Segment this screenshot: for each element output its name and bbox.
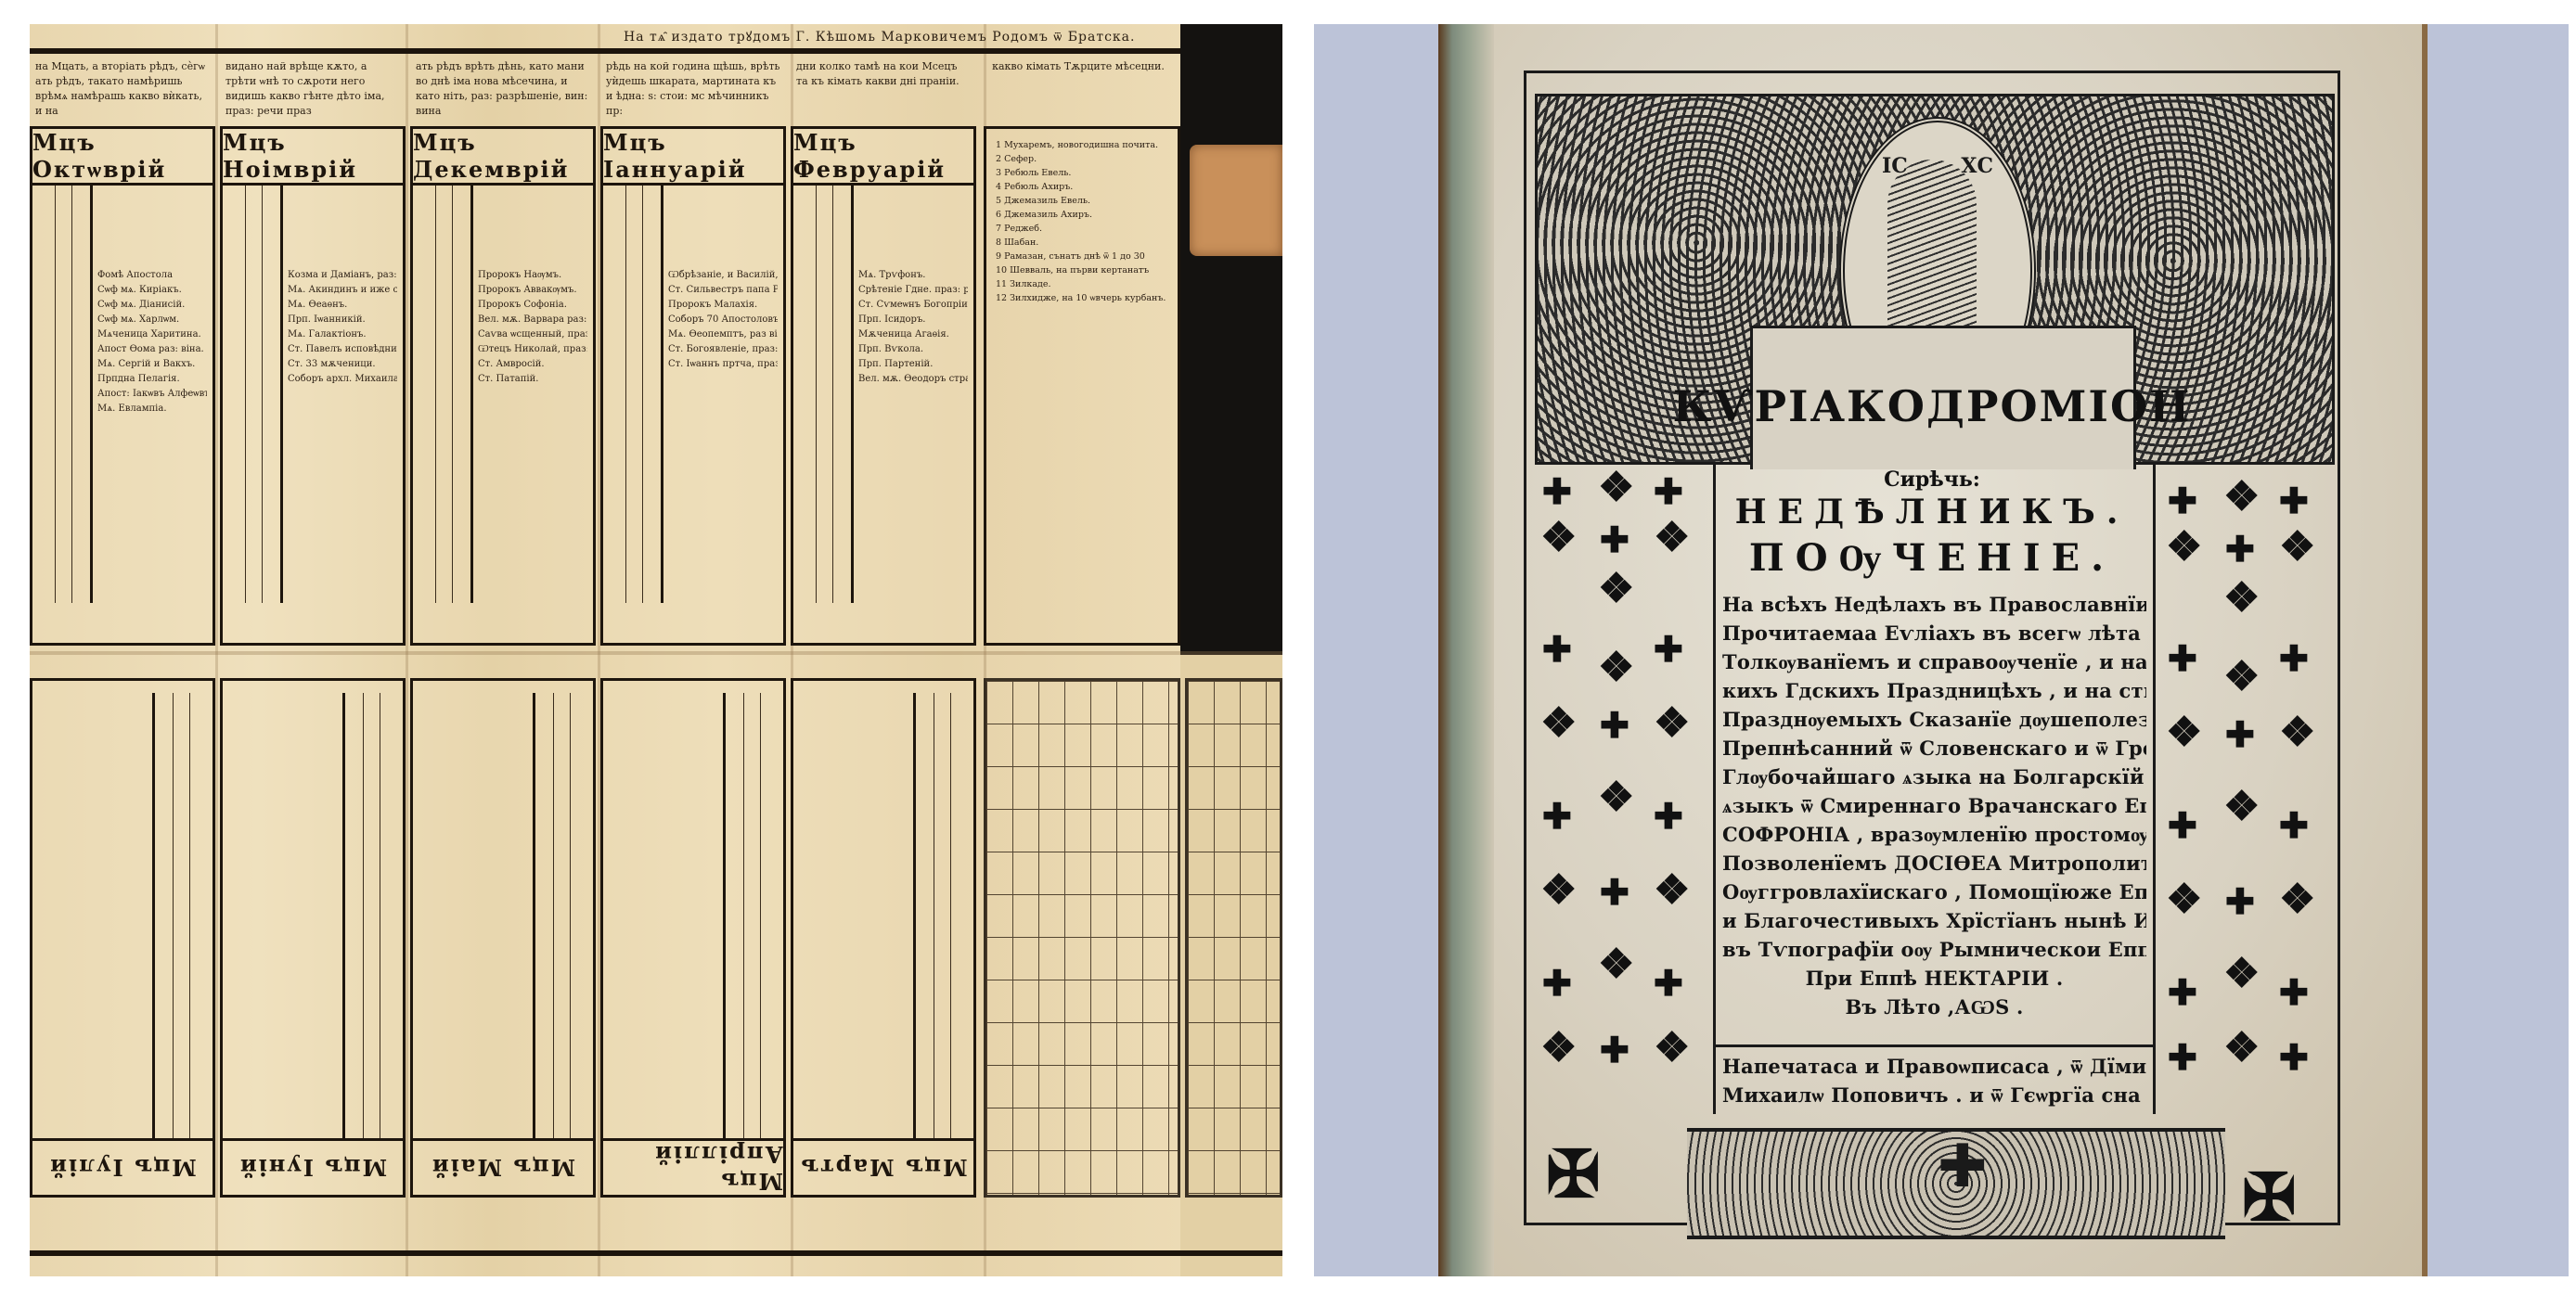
cross-ornament-icon: ✚ xyxy=(2168,1040,2197,1075)
printers-rule xyxy=(1713,1044,2156,1047)
knot-ornament-icon: ❖ xyxy=(1598,780,1634,815)
cross-ornament-icon: ✚ xyxy=(1600,1032,1629,1068)
quad-cross-ornament-icon: ✠ xyxy=(1546,1142,1601,1207)
cross-ornament-icon: ✚ xyxy=(2225,717,2255,752)
intro-text: видано най врѣще кѫто, а трѣти ѡнѣ то сѫ… xyxy=(220,56,406,125)
cross-ornament-icon: ✚ xyxy=(2279,483,2309,519)
month-title: Мцъ Мартъ xyxy=(793,1138,973,1195)
cross-ornament-icon: ✚ xyxy=(2279,1040,2309,1075)
knot-ornament-icon: ❖ xyxy=(2166,882,2202,917)
calendar-photo: На тѧ̑ издато трꙋдомъ Г. Кѣшомь Маркович… xyxy=(30,24,1282,1276)
cross-ornament-icon: ✚ xyxy=(2168,641,2197,676)
bottom-rule xyxy=(30,1250,1282,1256)
quad-cross-ornament-icon: ✠ xyxy=(2242,1165,2297,1230)
month-june: Мцъ Іуній xyxy=(220,678,406,1198)
month-october: Мцъ Октѡврій Фомѣ АпостолаСѡф мѧ. Киріак… xyxy=(30,126,215,646)
knot-ornament-icon: ❖ xyxy=(2223,581,2260,616)
right-ornament-column: ✚ ❖ ✚ ❖ ✚ ❖ ❖ ✚ ✚ ❖ ❖ ✚ ❖ ✚ ❖ ✚ ❖ ✚ ❖ ✚ … xyxy=(2158,465,2335,1114)
knot-ornament-icon: ❖ xyxy=(1598,650,1634,686)
cross-ornament-icon: ✚ xyxy=(1542,632,1572,667)
knot-ornament-icon: ❖ xyxy=(2223,660,2260,695)
cross-ornament-icon: ✚ xyxy=(1542,966,1572,1001)
knot-ornament-icon: ❖ xyxy=(2223,956,2260,992)
intro-text: рѣдь на кой година щѣшь, врѣть уѝдешь шк… xyxy=(600,56,786,125)
month-january: Мцъ Іаннуарій Ѡбрѣзаніе, и Василій, праз… xyxy=(600,126,786,646)
vertical-fold xyxy=(406,24,408,1276)
intro-text: какво кімать Тѫрците мѣсецни. xyxy=(985,56,1171,125)
knot-ornament-icon: ❖ xyxy=(1540,520,1577,556)
cross-ornament-icon: ✚ xyxy=(2279,975,2309,1010)
cross-ornament-icon: ✚ xyxy=(1600,522,1629,557)
month-title: Мцъ Февруарій xyxy=(793,129,973,186)
feast-entries: Ѡбрѣзаніе, и Василій, праз: и рыба.Ст. С… xyxy=(668,268,778,372)
cross-ornament-icon: ✚ xyxy=(1654,632,1683,667)
knot-ornament-icon: ❖ xyxy=(1654,1031,1690,1066)
knot-ornament-icon: ❖ xyxy=(1654,520,1690,556)
month-title: Мцъ Маій xyxy=(413,1138,593,1195)
knot-ornament-icon: ❖ xyxy=(2279,715,2315,750)
cross-ornament-icon: ✚ xyxy=(2168,483,2197,519)
cross-ornament-icon: ✚ xyxy=(2168,975,2197,1010)
cross-ornament-icon: ✚ xyxy=(1542,799,1572,834)
cross-ornament-icon: ✚ xyxy=(1654,799,1683,834)
month-may: Мцъ Маій xyxy=(410,678,596,1198)
knot-ornament-icon: ❖ xyxy=(2166,715,2202,750)
cross-ornament-icon: ✚ xyxy=(1542,474,1572,509)
month-april: Мцъ Апріллій xyxy=(600,678,786,1198)
knot-ornament-icon: ❖ xyxy=(1598,571,1634,607)
printers-colophon: Напечатаса и Правоѡписаса , ѿ Дїмитрїа М… xyxy=(1713,1052,2156,1109)
knot-ornament-icon: ❖ xyxy=(2223,789,2260,825)
muslim-months-note: 1 Мухаремъ, новогодишна почита.2 Сефер.3… xyxy=(984,126,1180,646)
cross-ornament-icon: ✚ xyxy=(2279,808,2309,843)
month-december: Мцъ Декемврій Пророкъ Наѹмъ.Пророкъ Авва… xyxy=(410,126,596,646)
month-title: Мцъ Апріллій xyxy=(603,1138,783,1195)
day-number-columns xyxy=(419,186,473,603)
cross-ornament-icon: ✚ xyxy=(1654,966,1683,1001)
crucifix-icon: ✚ xyxy=(1938,1137,1988,1197)
feast-entries: Пророкъ Наѹмъ.Пророкъ Аввакѹмъ.Пророкъ С… xyxy=(478,268,587,387)
book-spine-edge xyxy=(1438,24,1494,1276)
title-page-photo: ІС ХС КѴРІАКОДРОМІОН Сирѣчь: НЕДѢЛНИКЪ. … xyxy=(1314,24,2569,1276)
cross-ornament-icon: ✚ xyxy=(2225,884,2255,919)
printer-imprint: На тѧ̑ издато трꙋдомъ Г. Кѣшомь Маркович… xyxy=(624,28,1135,45)
book-binding xyxy=(1180,24,1282,655)
left-ornament-column: ✚ ❖ ✚ ❖ ✚ ❖ ❖ ✚ ✚ ❖ ❖ ✚ ❖ ✚ ❖ ✚ ❖ ✚ ❖ ✚ … xyxy=(1533,465,1709,1114)
binding-label-tag xyxy=(1190,145,1282,256)
knot-ornament-icon: ❖ xyxy=(1540,873,1577,908)
day-number-columns xyxy=(533,693,587,1138)
knot-ornament-icon: ❖ xyxy=(2223,480,2260,515)
month-title: Мцъ Декемврій xyxy=(413,129,593,186)
month-title: Мцъ Іуній xyxy=(223,1138,403,1195)
knot-ornament-icon: ❖ xyxy=(1540,706,1577,741)
intro-text: ать рѣдъ врѣть дѣнь, като мани во днѣ ім… xyxy=(410,56,596,125)
bishop-line: При Еппѣ НЕКТАРІИ . xyxy=(1722,964,2146,993)
day-number-columns xyxy=(228,186,283,603)
intro-text: дни колко тамѣ на кои Мсецъ та къ кімать… xyxy=(791,56,976,125)
month-march: Мцъ Мартъ xyxy=(791,678,976,1198)
cross-ornament-icon: ✚ xyxy=(2168,808,2197,843)
intro-text: на Мцать, а вторіать рѣдъ, сѐгѡ ать рѣдъ… xyxy=(30,56,215,125)
cross-ornament-icon: ✚ xyxy=(1600,875,1629,910)
month-title: Мцъ Іаннуарій xyxy=(603,129,783,186)
day-number-columns xyxy=(799,186,854,603)
knot-ornament-icon: ❖ xyxy=(2279,882,2315,917)
knot-ornament-icon: ❖ xyxy=(2279,530,2315,565)
day-number-columns xyxy=(342,693,397,1138)
feast-entries: Мѧ. Трѵфонъ.Срѣтеніе Гдне. праз: рыба ви… xyxy=(858,268,968,387)
year-line: Въ Лѣто ,АѠЅ . xyxy=(1722,993,2146,1021)
top-rule xyxy=(30,48,1180,54)
book-title: КѴРІАКОДРОМІОН xyxy=(1524,381,2340,431)
title-page-body: На всѣхъ Недѣлахъ въ Православнїи Црквах… xyxy=(1713,590,2156,1021)
month-july: Мцъ Іулій xyxy=(30,678,215,1198)
feast-entries: Фомѣ АпостолаСѡф мѧ. Киріакъ.Сѡф мѧ. Діа… xyxy=(97,268,207,416)
paschal-table-continued xyxy=(1185,678,1282,1198)
knot-ornament-icon: ❖ xyxy=(1540,1031,1577,1066)
muslim-months-list: 1 Мухаремъ, новогодишна почита.2 Сефер.3… xyxy=(996,138,1168,305)
cross-ornament-icon: ✚ xyxy=(1654,474,1683,509)
month-title: Мцъ Іулій xyxy=(32,1138,213,1195)
feast-entries: Козма и Даміанъ, раз: віна.Мѧ. Акиндинъ … xyxy=(288,268,397,387)
knot-ornament-icon: ❖ xyxy=(2223,1031,2260,1066)
cross-ornament-icon: ✚ xyxy=(2225,532,2255,567)
cross-ornament-icon: ✚ xyxy=(1600,708,1629,743)
month-title: Мцъ Ноімврій xyxy=(223,129,403,186)
month-title: Мцъ Октѡврій xyxy=(32,129,213,186)
knot-ornament-icon: ❖ xyxy=(1654,873,1690,908)
day-number-columns xyxy=(723,693,778,1138)
month-november: Мцъ Ноімврій Козма и Даміанъ, раз: віна.… xyxy=(220,126,406,646)
knot-ornament-icon: ❖ xyxy=(2166,530,2202,565)
month-february: Мцъ Февруарій Мѧ. Трѵфонъ.Срѣтеніе Гдне.… xyxy=(791,126,976,646)
day-number-columns xyxy=(38,186,93,603)
day-number-columns xyxy=(152,693,207,1138)
vertical-fold xyxy=(215,24,218,1276)
tailpiece-woodcut: ✚ xyxy=(1687,1128,2225,1239)
knot-ornament-icon: ❖ xyxy=(1598,947,1634,982)
knot-ornament-icon: ❖ xyxy=(1598,470,1634,506)
day-number-columns xyxy=(913,693,968,1138)
cross-ornament-icon: ✚ xyxy=(2279,641,2309,676)
day-number-columns xyxy=(609,186,663,603)
paschal-table xyxy=(984,678,1180,1198)
knot-ornament-icon: ❖ xyxy=(1654,706,1690,741)
